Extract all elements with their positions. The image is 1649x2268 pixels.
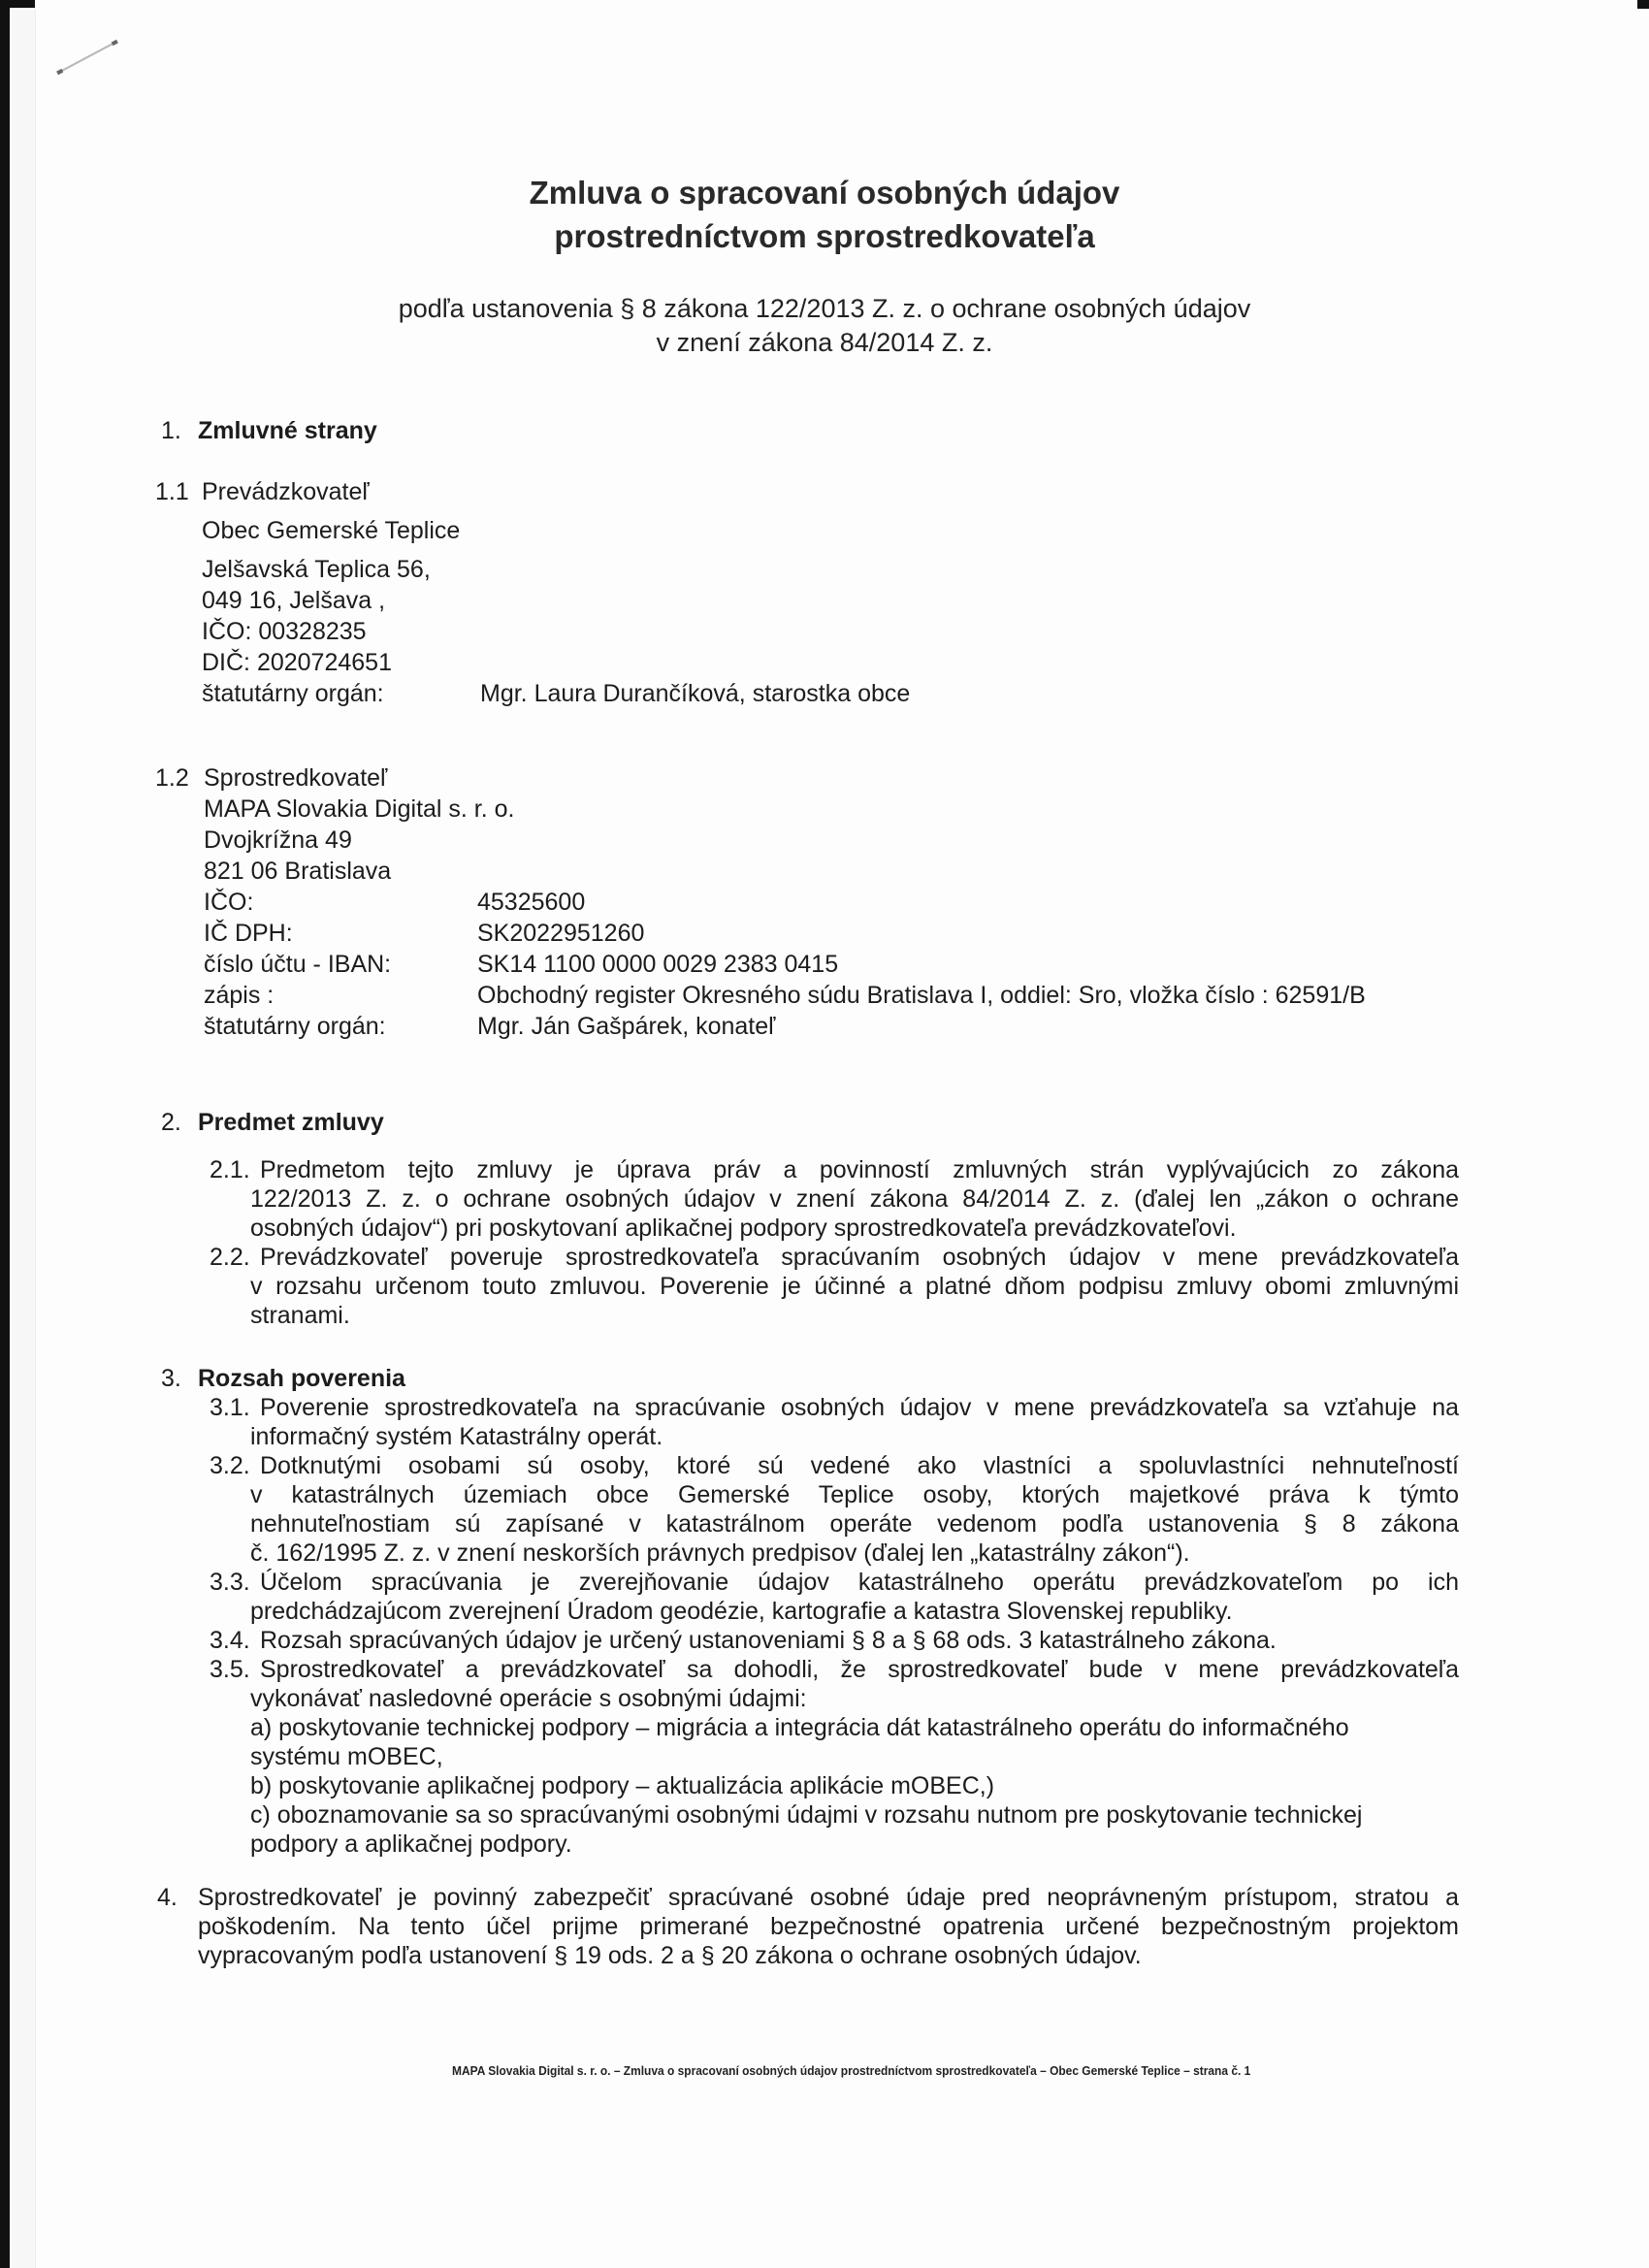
page-footer: MAPA Slovakia Digital s. r. o. – Zmluva …: [452, 2063, 1250, 2078]
operator-statutory-value: Mgr. Laura Durančíková, starostka obce: [480, 680, 910, 708]
clause-2-2-line: stranami.: [250, 1302, 350, 1330]
scan-border-top: [0, 0, 35, 8]
processor-address2: 821 06 Bratislava: [204, 858, 391, 886]
clause-3-1-number: 3.1.: [210, 1394, 250, 1422]
operator-number: 1.1: [155, 478, 189, 506]
document-title-line1: Zmluva o spracovaní osobných údajov: [0, 175, 1649, 211]
clause-3-3-line: predchádzajúcom zverejnení Úradom geodéz…: [250, 1598, 1233, 1626]
section2-heading: Predmet zmluvy: [198, 1109, 384, 1137]
clause-3-5-item-a: a) poskytovanie technickej podpory – mig…: [250, 1714, 1349, 1742]
scan-corner-right: [1637, 0, 1649, 9]
clause-3-3-number: 3.3.: [210, 1569, 250, 1597]
clause-2-1-line: osobných údajov“) pri poskytovaní aplika…: [250, 1215, 1237, 1243]
clause-3-2-number: 3.2.: [210, 1452, 250, 1480]
clause-2-1-number: 2.1.: [210, 1156, 250, 1184]
section4-line: Sprostredkovateľ je povinný zabezpečiť s…: [198, 1884, 1459, 1912]
processor-field-value: 45325600: [477, 889, 585, 917]
section3-heading: Rozsah poverenia: [198, 1365, 405, 1393]
clause-2-2-line: Prevádzkovateľ poveruje sprostredkovateľ…: [260, 1244, 1459, 1272]
clause-3-5-line: Sprostredkovateľ a prevádzkovateľ sa doh…: [260, 1656, 1459, 1684]
processor-field-label: zápis :: [204, 982, 274, 1010]
processor-field-label: IČO:: [204, 889, 253, 917]
processor-role: Sprostredkovateľ: [204, 764, 387, 793]
clause-3-5-item-c: c) oboznamovanie sa so spracúvanými osob…: [250, 1801, 1362, 1830]
processor-number: 1.2: [155, 764, 189, 793]
operator-ico: IČO: 00328235: [202, 618, 367, 646]
document-subtitle-line1: podľa ustanovenia § 8 zákona 122/2013 Z.…: [0, 294, 1649, 324]
section3-number: 3.: [161, 1365, 181, 1393]
processor-address1: Dvojkrížna 49: [204, 826, 352, 855]
processor-field-value: SK14 1100 0000 0029 2383 0415: [477, 951, 838, 979]
clause-3-5-number: 3.5.: [210, 1656, 250, 1684]
processor-field-value: Obchodný register Okresného súdu Bratisl…: [477, 982, 1366, 1010]
clause-3-2-line: č. 162/1995 Z. z. v znení neskorších prá…: [250, 1539, 1190, 1568]
operator-name: Obec Gemerské Teplice: [202, 517, 460, 545]
operator-address1: Jelšavská Teplica 56,: [202, 556, 431, 584]
section4-number: 4.: [157, 1884, 178, 1912]
document-title-line2: prostredníctvom sprostredkovateľa: [0, 218, 1649, 255]
clause-2-2-line: v rozsahu určenom touto zmluvou. Poveren…: [250, 1273, 1459, 1301]
clause-2-1-line: 122/2013 Z. z. o ochrane osobných údajov…: [250, 1185, 1459, 1214]
staple-mark: [57, 41, 118, 75]
clause-3-2-line: v katastrálnych územiach obce Gemerské T…: [250, 1481, 1459, 1509]
clause-3-4-line: Rozsah spracúvaných údajov je určený ust…: [260, 1627, 1277, 1655]
clause-3-4-number: 3.4.: [210, 1627, 250, 1655]
processor-field-label: IČ DPH:: [204, 920, 293, 948]
section1-number: 1.: [161, 417, 181, 445]
section2-number: 2.: [161, 1109, 181, 1137]
operator-role: Prevádzkovateľ: [202, 478, 370, 506]
section4-line: poškodením. Na tento účel prijme primera…: [198, 1913, 1459, 1941]
operator-address2: 049 16, Jelšava ,: [202, 587, 385, 615]
clause-3-1-line: Poverenie sprostredkovateľa na spracúvan…: [260, 1394, 1459, 1422]
processor-field-value: Mgr. Ján Gašpárek, konateľ: [477, 1013, 775, 1041]
clause-3-5-item-b: b) poskytovanie aplikačnej podpory – akt…: [250, 1772, 994, 1800]
clause-3-5-item-a-cont: systému mOBEC,: [250, 1743, 443, 1771]
clause-2-2-number: 2.2.: [210, 1244, 250, 1272]
processor-name: MAPA Slovakia Digital s. r. o.: [204, 795, 515, 824]
clause-3-2-line: Dotknutými osobami sú osoby, ktoré sú ve…: [260, 1452, 1459, 1480]
operator-dic: DIČ: 2020724651: [202, 649, 392, 677]
clause-3-5-line: vykonávať nasledovné operácie s osobnými…: [250, 1685, 807, 1713]
clause-3-1-line: informačný systém Katastrálny operát.: [250, 1423, 663, 1451]
processor-field-label: štatutárny orgán:: [204, 1013, 386, 1041]
document-subtitle-line2: v znení zákona 84/2014 Z. z.: [0, 328, 1649, 358]
clause-3-2-line: nehnuteľnostiam sú zapísané v katastráln…: [250, 1510, 1459, 1539]
operator-statutory-label: štatutárny orgán:: [202, 680, 384, 708]
processor-field-value: SK2022951260: [477, 920, 644, 948]
clause-3-3-line: Účelom spracúvania je zverejňovanie údaj…: [260, 1569, 1459, 1597]
clause-2-1-line: Predmetom tejto zmluvy je úprava práv a …: [260, 1156, 1459, 1184]
clause-3-5-item-c-cont: podpory a aplikačnej podpory.: [250, 1831, 572, 1859]
section1-heading: Zmluvné strany: [198, 417, 377, 445]
section4-line: vypracovaným podľa ustanovení § 19 ods. …: [198, 1942, 1142, 1970]
processor-field-label: číslo účtu - IBAN:: [204, 951, 391, 979]
